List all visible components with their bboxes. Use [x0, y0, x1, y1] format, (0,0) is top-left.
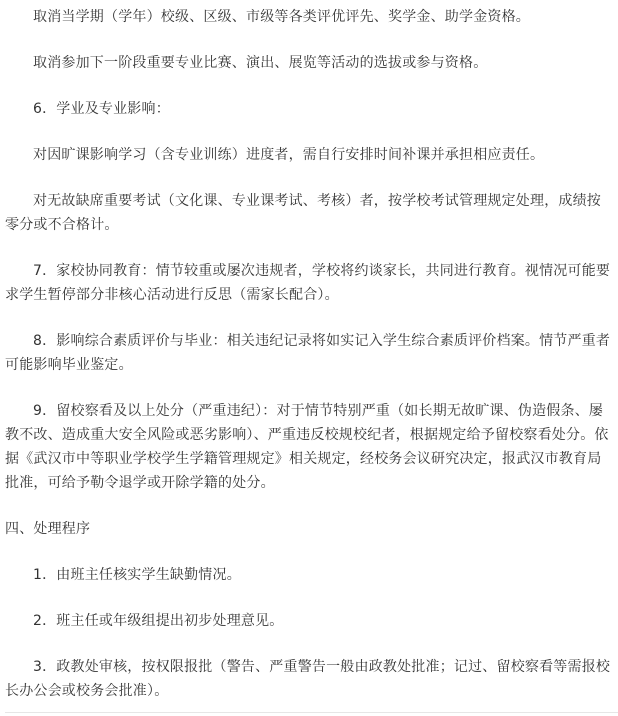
procedure-step-2: 2．班主任或年级组提出初步处理意见。: [5, 609, 613, 633]
paragraph-probation-expulsion: 9．留校察看及以上处分（严重违纪）：对于情节特别严重（如长期无故旷课、伪造假条、…: [5, 399, 613, 495]
procedure-step-3: 3．政教处审核，按权限报批（警告、严重警告一般由政教处批准；记过、留校察看等需报…: [5, 655, 613, 703]
paragraph-cancel-competitions: 取消参加下一阶段重要专业比赛、演出、展览等活动的选拔或参与资格。: [5, 51, 613, 75]
heading-academic-impact: 6．学业及专业影响：: [5, 97, 613, 121]
paragraph-missed-exams: 对无故缺席重要考试（文化课、专业课考试、考核）者，按学校考试管理规定处理，成绩按…: [5, 189, 613, 237]
procedure-step-1: 1．由班主任核实学生缺勤情况。: [5, 563, 613, 587]
paragraph-cancel-awards: 取消当学期（学年）校级、区级、市级等各类评优评先、奖学金、助学金资格。: [5, 5, 613, 29]
paragraph-evaluation-graduation: 8．影响综合素质评价与毕业：相关违纪记录将如实记入学生综合素质评价档案。情节严重…: [5, 329, 613, 377]
section-heading-procedure: 四、处理程序: [5, 517, 613, 541]
document-body: 取消当学期（学年）校级、区级、市级等各类评优评先、奖学金、助学金资格。 取消参加…: [5, 0, 613, 703]
paragraph-home-school: 7．家校协同教育：情节较重或屡次违规者，学校将约谈家长，共同进行教育。视情况可能…: [5, 259, 613, 307]
bottom-divider: [5, 712, 618, 713]
paragraph-makeup-lessons: 对因旷课影响学习（含专业训练）进度者，需自行安排时间补课并承担相应责任。: [5, 143, 613, 167]
